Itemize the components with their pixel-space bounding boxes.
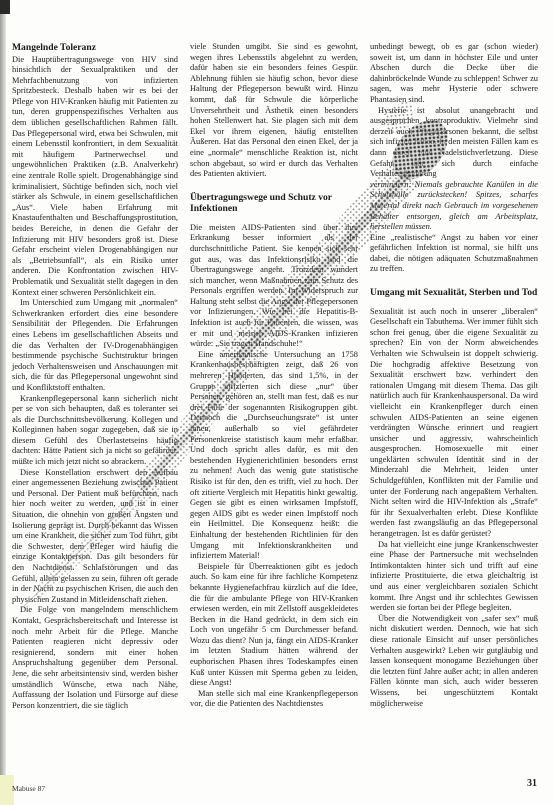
paragraph: Hysterie ist absolut unangebracht und au… [370, 106, 538, 180]
page-number: 31 [527, 778, 537, 789]
section-heading-tolerance: Mangelnde Toleranz [12, 42, 178, 54]
paragraph: Eine „realistische“ Angst zu haben vor e… [370, 233, 538, 275]
paragraph: Eine amerikanische Untersuchung an 1758 … [190, 350, 358, 562]
paragraph: Diese Konstellation erschwert den Aufbau… [12, 468, 178, 606]
column-2: viele Stunden umgibt. Sie sind es gewohn… [190, 42, 358, 710]
paragraph-italic: vermindern: Niemals gebrauchte Kanülen i… [370, 180, 538, 233]
paragraph: unbedingt bewegt, ob es gar (schon wiede… [370, 42, 538, 106]
scan-binding-edge [0, 0, 6, 805]
paragraph: Im Unterschied zum Umgang mit „normalen“… [12, 298, 178, 393]
section-heading-transmission: Übertragungswege und Schutz vor Infektio… [190, 192, 358, 215]
paragraph: Über die Notwendigkeit von „safer sex“ m… [370, 614, 538, 709]
paragraph: Beispiele für Überreaktionen gibt es jed… [190, 562, 358, 689]
scan-corner-mark [0, 0, 10, 14]
paragraph: Man stelle sich mal eine Krankenpflegepe… [190, 689, 358, 710]
footer-publication-label: Mabuse 87 [12, 784, 45, 793]
column-3: unbedingt bewegt, ob es gar (schon wiede… [370, 42, 538, 709]
paragraph: viele Stunden umgibt. Sie sind es gewohn… [190, 42, 358, 180]
paragraph: Die meisten AIDS-Patienten sind über ihr… [190, 223, 358, 350]
paragraph: Sexualität ist auch noch in unserer „lib… [370, 307, 538, 540]
paragraph: Da hat vielleicht eine junge Krankenschw… [370, 540, 538, 614]
magazine-page: Mangelnde Toleranz Die Hauptübertragungs… [0, 0, 553, 805]
column-1: Mangelnde Toleranz Die Hauptübertragungs… [12, 42, 178, 711]
section-heading-sexuality: Umgang mit Sexualität, Sterben und Tod [370, 287, 538, 299]
paragraph: Die Hauptübertragungswege von HIV sind h… [12, 55, 178, 299]
paragraph: Krankenpflegepersonal kann sicherlich ni… [12, 394, 178, 468]
paragraph: Die Folge von mangelndem menschlichem Ko… [12, 605, 178, 711]
